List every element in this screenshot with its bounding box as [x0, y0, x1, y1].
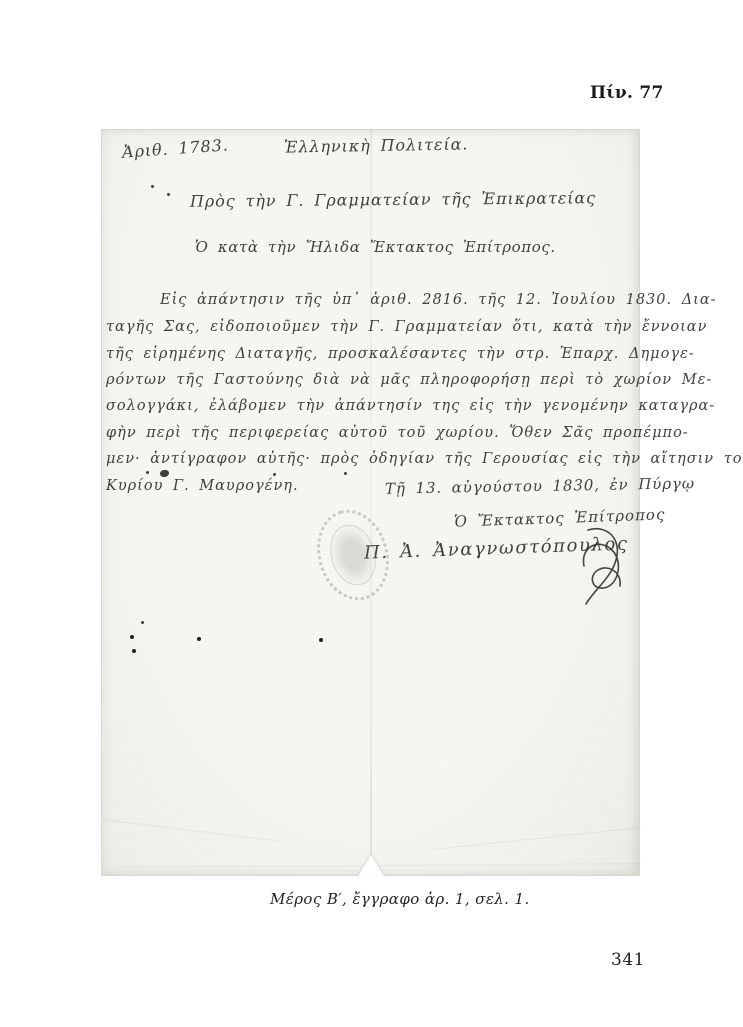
handwritten-address-line: Πρὸς τὴν Γ. Γραμματείαν τῆς Ἐπικρατείας: [190, 188, 596, 211]
official-seal: [307, 501, 400, 609]
handwritten-body-line: φὴν περὶ τῆς περιφερείας αὐτοῦ τοῦ χωρίο…: [106, 425, 689, 441]
ink-speck: [141, 621, 144, 624]
handwritten-body-line: σολογγάκι, ἐλάβομεν τὴν ἀπάντησίν της εἰ…: [106, 398, 715, 414]
ink-speck: [130, 635, 134, 639]
handwritten-body-line: ταγῆς Σας, εἰδοποιοῦμεν τὴν Γ. Γραμματεί…: [106, 319, 707, 335]
caption: Μέρος Β′, ἔγγραφο ἀρ. 1, σελ. 1.: [270, 890, 530, 908]
ink-speck: [344, 472, 347, 475]
ink-speck: [197, 637, 201, 641]
handwritten-body-line: Εἰς ἀπάντησιν τῆς ὑπ᾽ ἀριθ. 2816. τῆς 12…: [160, 292, 717, 308]
signature-flourish: [570, 526, 634, 612]
handwritten-body-line: ρόντων τῆς Γαστούνης διὰ νὰ μᾶς πληροφορ…: [106, 372, 712, 388]
paper-crease: [433, 827, 642, 850]
handwritten-heading: Ἑλληνικὴ Πολιτεία.: [284, 134, 469, 156]
handwritten-body-line: μεν· ἀντίγραφον αὐτῆς· πρὸς ὁδηγίαν τῆς …: [106, 451, 743, 467]
ink-speck: [167, 193, 170, 196]
handwritten-sender-line: Ὁ κατὰ τὴν Ἤλιδα Ἔκτακτος Ἐπίτροπος.: [195, 238, 556, 256]
ink-blot: [160, 470, 169, 477]
book-page: { "page": { "plate_label": "Πίν. 77", "c…: [0, 0, 743, 1027]
handwritten-body-line: τῆς εἰρημένης Διαταγῆς, προσκαλέσαντες τ…: [106, 346, 695, 362]
scanned-document: Ἀριθ. 1783. Ἑλληνικὴ Πολιτεία. Πρὸς τὴν …: [101, 129, 640, 876]
paper-crease: [103, 819, 282, 842]
page-number: 341: [611, 950, 645, 970]
ink-speck: [151, 185, 154, 188]
ink-speck: [132, 649, 136, 653]
ink-speck: [146, 471, 149, 474]
ink-speck: [273, 473, 276, 476]
handwritten-date-place: Τῇ 13. αὐγούστου 1830, ἐν Πύργῳ: [385, 474, 695, 497]
handwritten-body-line: Κυρίου Γ. Μαυρογένη.: [106, 478, 299, 494]
plate-number-label: Πίν. 77: [590, 83, 664, 103]
handwritten-reference-number: Ἀριθ. 1783.: [121, 135, 229, 161]
paper-tear-notch: [358, 855, 384, 876]
official-seal-emblem: [323, 519, 382, 591]
ink-speck: [319, 638, 323, 642]
